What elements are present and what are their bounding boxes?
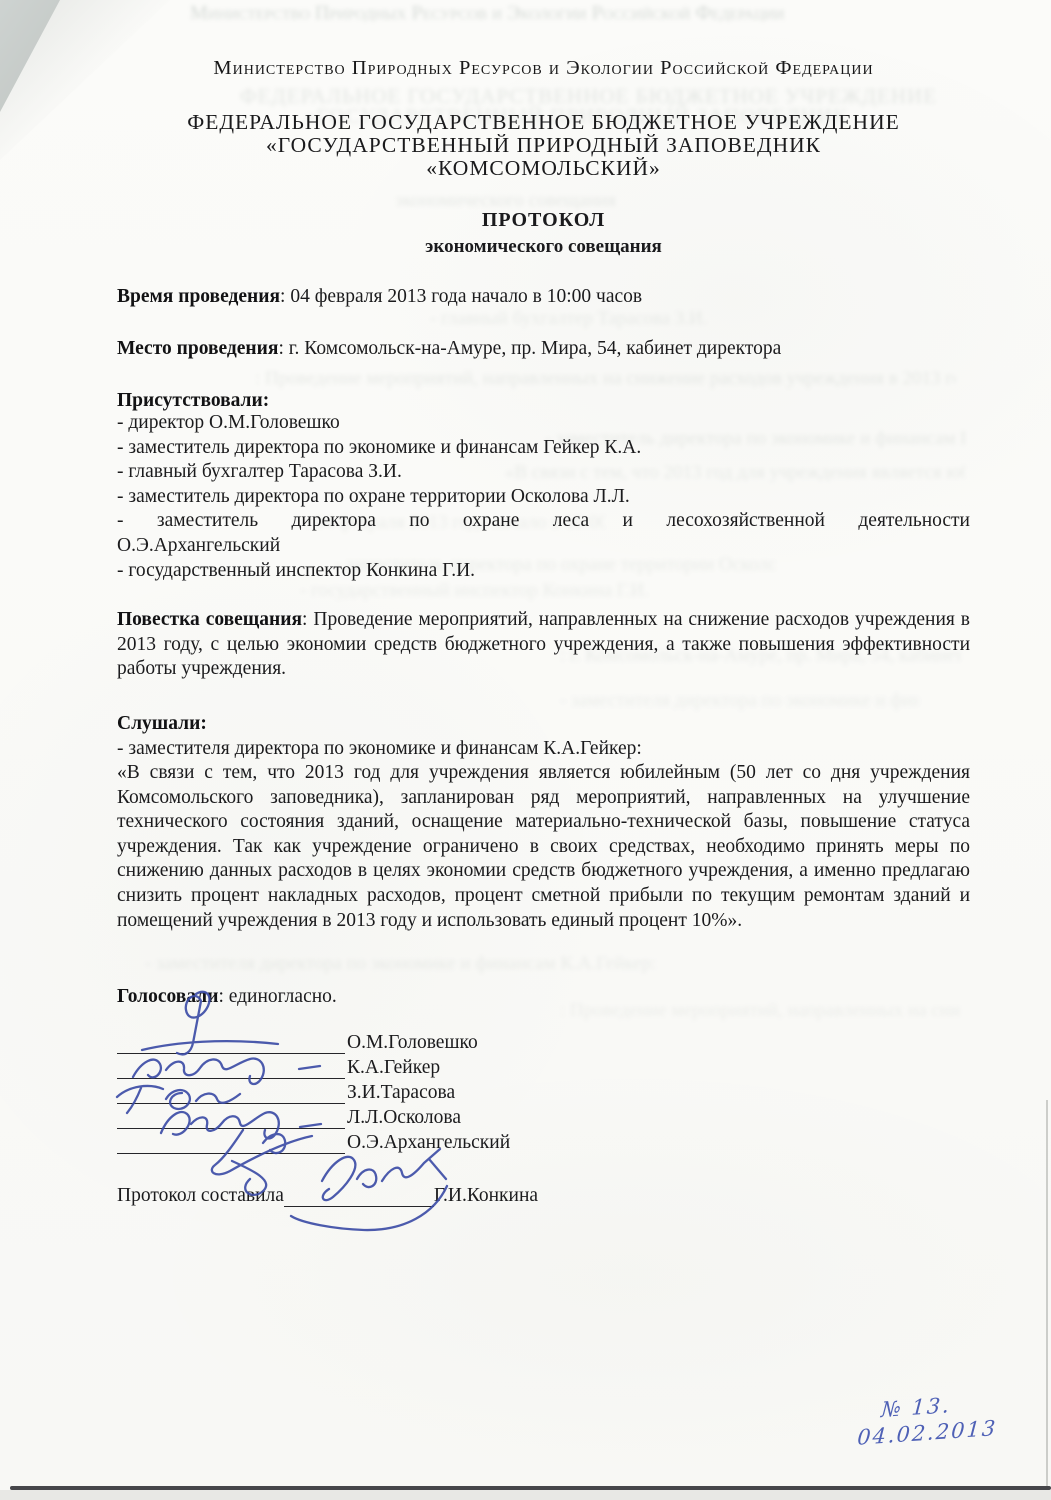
- bleed-through-line: - заместителя директора по экономике и ф…: [145, 953, 865, 975]
- signature-row: Л.Л.Осколова: [117, 1107, 461, 1128]
- signature-line: [117, 1060, 345, 1079]
- scanner-bottom-strip: [0, 1490, 1051, 1500]
- agenda-paragraph: Повестка совещания: Проведение мероприят…: [117, 608, 970, 682]
- document-subtitle: экономического совещания: [117, 236, 970, 258]
- voting-line: Голосовали: единогласно.: [117, 985, 970, 1010]
- signature-line: [117, 1135, 345, 1154]
- signature-row: О.Э.Архангельский: [117, 1132, 510, 1153]
- organization-header: ФЕДЕРАЛЬНОЕ ГОСУДАРСТВЕННОЕ БЮДЖЕТНОЕ УЧ…: [117, 111, 970, 180]
- attendee-line: - заместитель директора по экономике и ф…: [117, 436, 970, 461]
- signatory-name: О.М.Головешко: [347, 1032, 478, 1053]
- heard-intro: - заместителя директора по экономике и ф…: [117, 737, 970, 762]
- organization-line: «КОМСОМОЛЬСКИЙ»: [117, 157, 970, 180]
- attendee-line: О.Э.Архангельский: [117, 534, 970, 559]
- attendees-label: Присутствовали:: [117, 390, 269, 411]
- organization-line: ФЕДЕРАЛЬНОЕ ГОСУДАРСТВЕННОЕ БЮДЖЕТНОЕ УЧ…: [117, 111, 970, 134]
- attendee-line: - заместитель директора по охране террит…: [117, 485, 970, 510]
- attendee-line: - главный бухгалтер Тарасова З.И.: [117, 460, 970, 485]
- bleed-through-line: - государственный инспектор Конкина Г.И.: [300, 580, 680, 602]
- signature-line: [117, 1085, 345, 1104]
- meeting-place-line: Место проведения: г. Комсомольск-на-Амур…: [117, 337, 970, 362]
- meeting-time-line: Время проведения: 04 февраля 2013 года н…: [117, 285, 970, 310]
- heard-speech: «В связи с тем, что 2013 год для учрежде…: [117, 761, 970, 933]
- attendee-line: - директор О.М.Головешко: [117, 411, 970, 436]
- ministry-header: Министерство Природных Ресурсов и Эколог…: [117, 57, 970, 80]
- signatory-name: Л.Л.Осколова: [347, 1107, 461, 1128]
- signature-row: З.И.Тарасова: [117, 1082, 455, 1103]
- composed-row: Протокол составилаГ.И.Конкина: [117, 1185, 538, 1206]
- signatory-name: З.И.Тарасова: [347, 1082, 455, 1103]
- bleed-through-line: ФЕДЕРАЛЬНОЕ ГОСУДАРСТВЕННОЕ БЮДЖЕТНОЕ УЧ…: [240, 84, 940, 109]
- signature-line: [117, 1110, 345, 1129]
- document-title: ПРОТОКОЛ: [117, 209, 970, 232]
- composed-name: Г.И.Конкина: [434, 1185, 538, 1206]
- heard-heading: Слушали:: [117, 712, 970, 737]
- signatory-name: К.А.Гейкер: [347, 1057, 440, 1078]
- agenda-label: Повестка совещания: [117, 609, 302, 630]
- signature-line: [117, 1035, 345, 1054]
- attendees-heading: Присутствовали:: [117, 389, 970, 414]
- meeting-place-value: : г. Комсомольск-на-Амуре, пр. Мира, 54,…: [278, 338, 781, 359]
- voting-value: : единогласно.: [218, 986, 336, 1007]
- signature-row: О.М.Головешко: [117, 1032, 478, 1053]
- scanned-document-page: Министерство Природных Ресурсов и Эколог…: [0, 0, 1051, 1500]
- handwritten-note: № 13. 04.02.2013: [856, 1385, 1049, 1451]
- bleed-through-line: - главный бухгалтер Тарасова З.И.: [430, 308, 830, 330]
- signature-row: К.А.Гейкер: [117, 1057, 440, 1078]
- composed-signature-line: [284, 1188, 434, 1207]
- bleed-through-line: Министерство Природных Ресурсов и Эколог…: [190, 2, 1050, 25]
- attendee-line: - заместитель директора по охране леса и…: [117, 509, 970, 534]
- bleed-through-line: : Проведение мероприятий, направленных н…: [255, 368, 955, 390]
- meeting-time-label: Время проведения: [117, 286, 280, 307]
- bleed-through-line: - заместителя директора по экономике и ф…: [560, 690, 920, 712]
- signatory-name: О.Э.Архангельский: [347, 1132, 510, 1153]
- voting-label: Голосовали: [117, 986, 218, 1007]
- attendees-list: - директор О.М.Головешко - заместитель д…: [117, 411, 970, 583]
- meeting-time-value: : 04 февраля 2013 года начало в 10:00 ча…: [280, 286, 642, 307]
- heard-label: Слушали:: [117, 713, 207, 734]
- meeting-place-label: Место проведения: [117, 338, 278, 359]
- attendee-line: - государственный инспектор Конкина Г.И.: [117, 559, 970, 584]
- composed-label: Протокол составила: [117, 1185, 284, 1206]
- organization-line: «ГОСУДАРСТВЕННЫЙ ПРИРОДНЫЙ ЗАПОВЕДНИК: [117, 134, 970, 157]
